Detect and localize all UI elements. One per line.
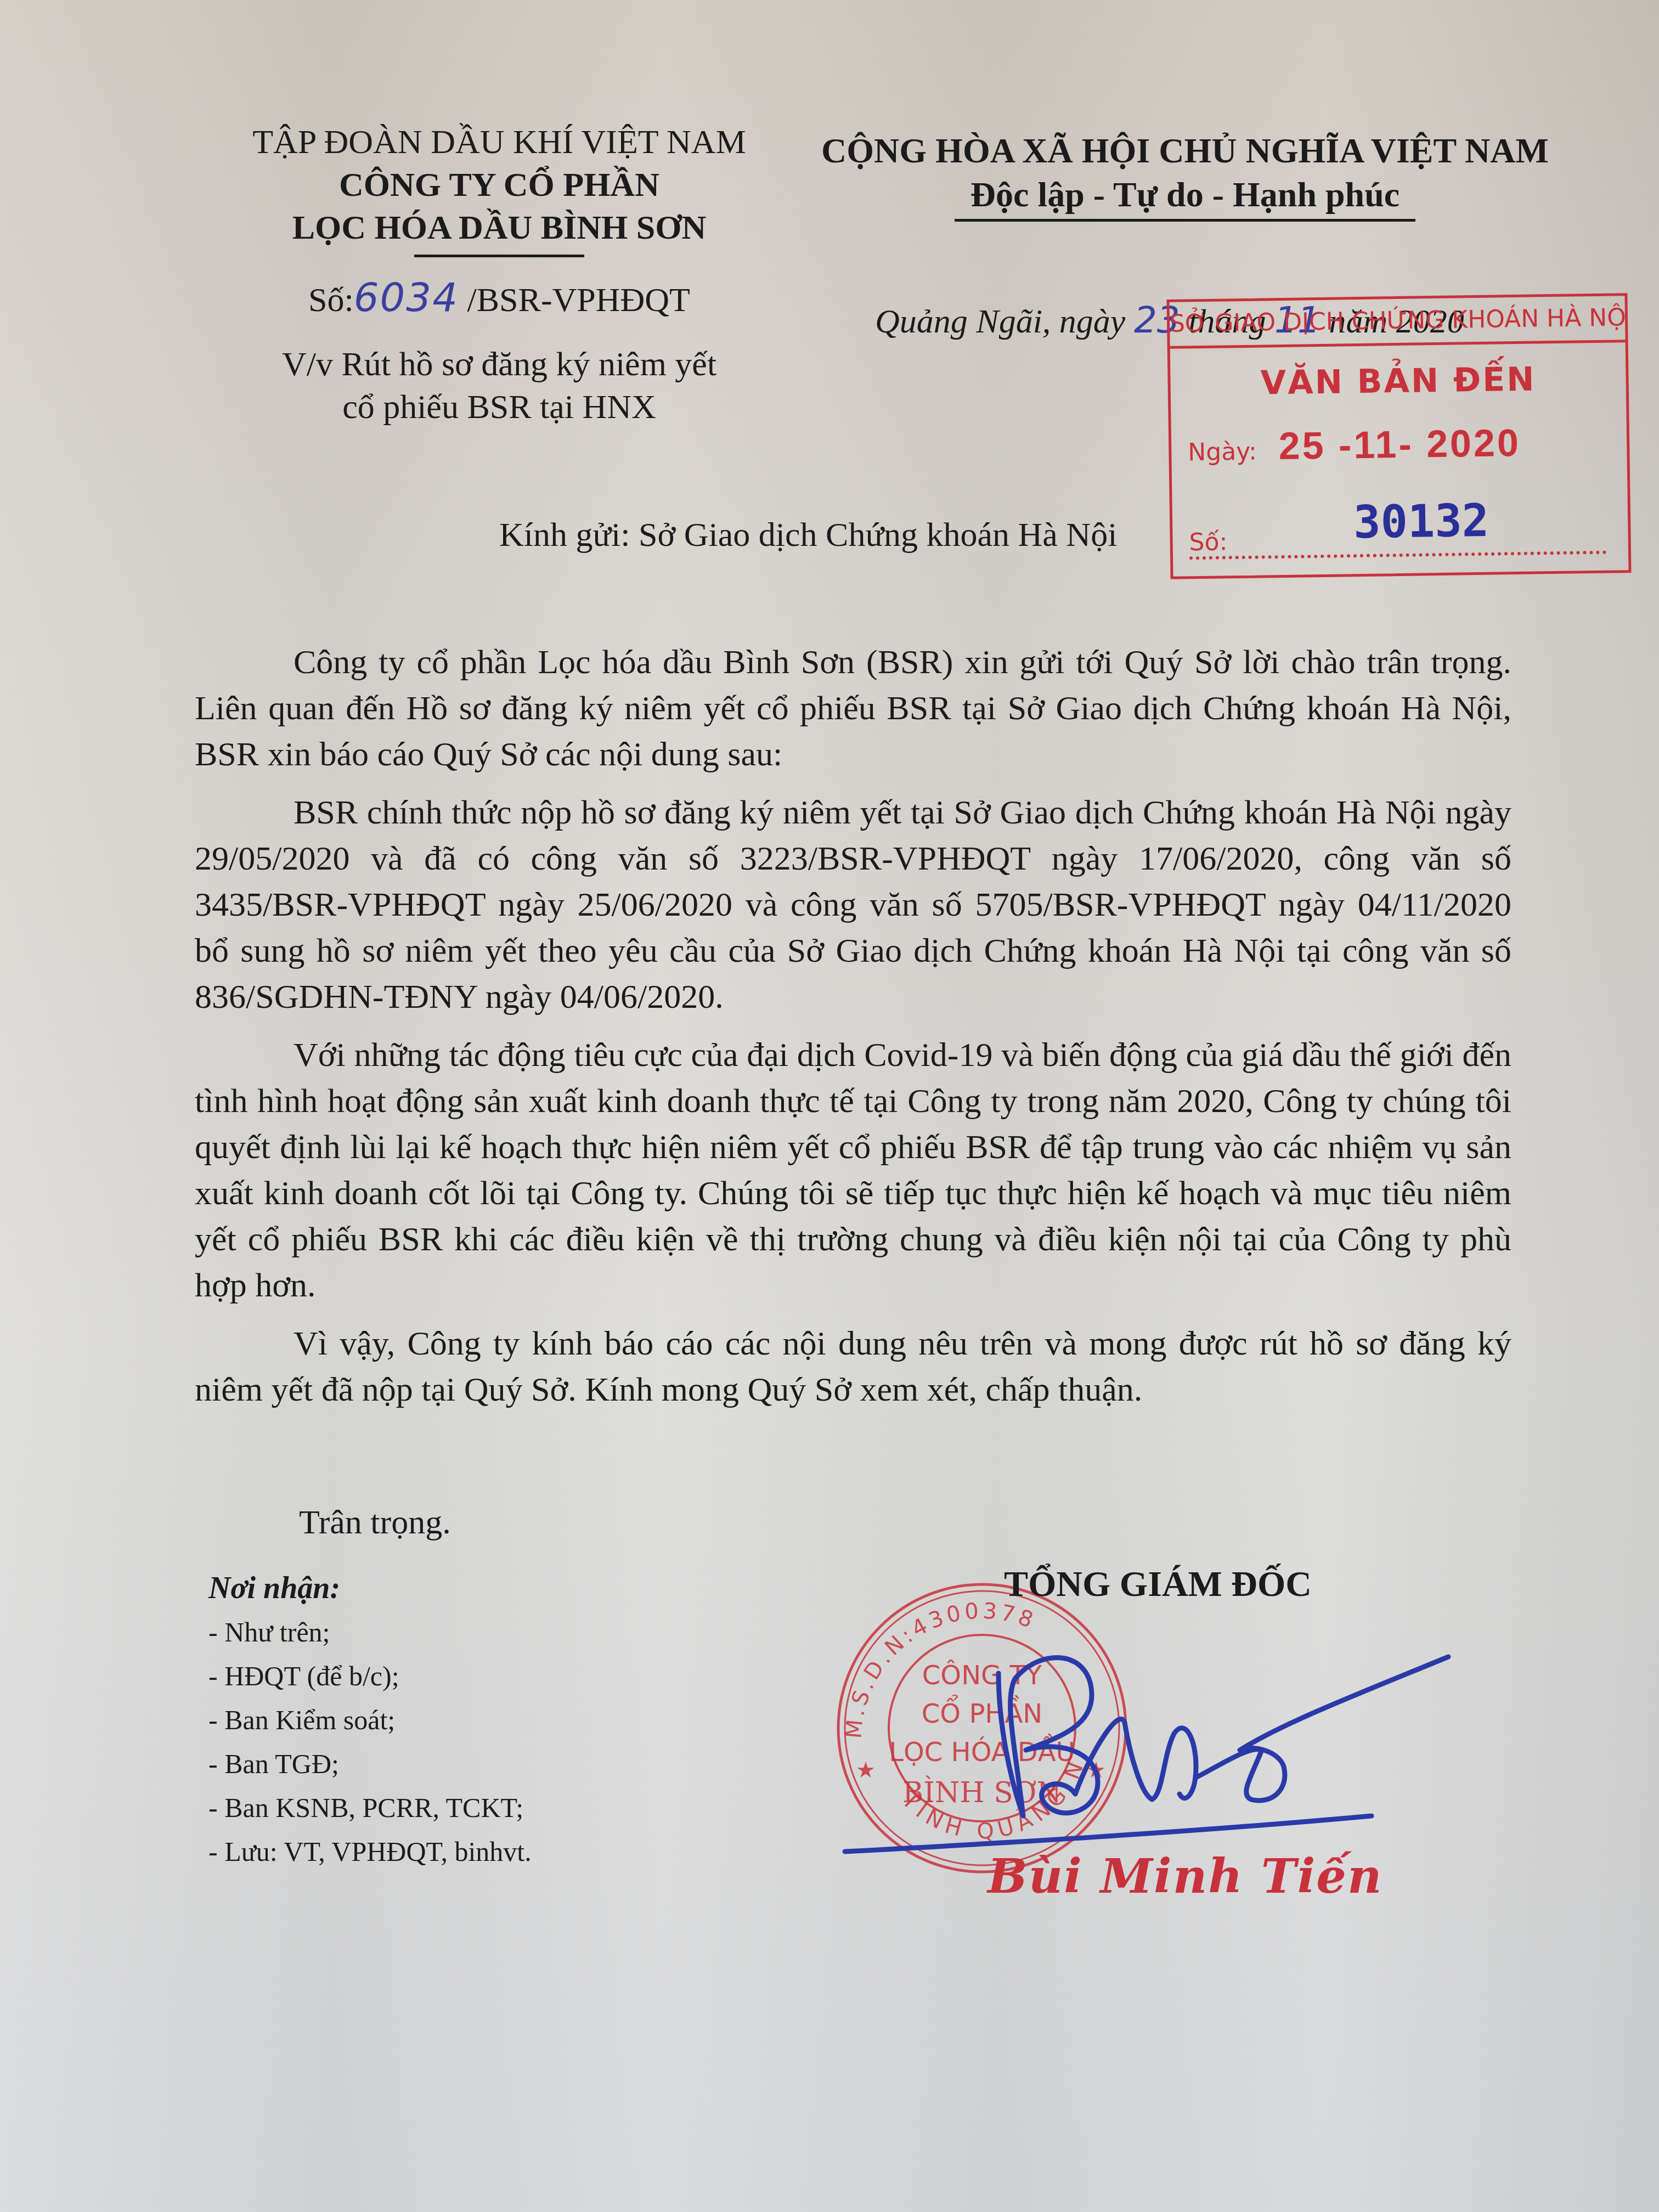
received-stamp: SỞ GIAO DỊCH CHỨNG KHOÁN HÀ NỘI VĂN BẢN … [1166,293,1631,579]
place-prefix: Quảng Ngãi, ngày [875,303,1134,340]
number-label: Số: [308,281,354,319]
cc-item: - Lưu: VT, VPHĐQT, binhvt. [208,1830,532,1874]
company-name-line1: CÔNG TY CỔ PHẦN [208,163,790,206]
recipient: Kính gửi: Sở Giao dịch Chứng khoán Hà Nộ… [499,516,1117,555]
header-divider [414,255,584,257]
stamp-number-value: 30132 [1353,495,1489,549]
signatory-title: TỔNG GIÁM ĐỐC [1004,1564,1312,1605]
closing: Trân trọng. [299,1503,451,1542]
body-paragraph: Công ty cổ phần Lọc hóa dầu Bình Sơn (BS… [195,639,1511,777]
signature-icon [834,1613,1465,1865]
motto-line1: CỘNG HÒA XÃ HỘI CHỦ NGHĨA VIỆT NAM [806,129,1564,173]
motto-line2: Độc lập - Tự do - Hạnh phúc [970,173,1400,217]
cc-heading: Nơi nhận: [208,1566,532,1610]
subject: V/v Rút hồ sơ đăng ký niêm yết cổ phiếu … [208,343,790,428]
issuer-header: TẬP ĐOÀN DẦU KHÍ VIỆT NAM CÔNG TY CỔ PHẦ… [208,121,790,257]
stamp-title: VĂN BẢN ĐẾN [1170,359,1626,404]
parent-org: TẬP ĐOÀN DẦU KHÍ VIỆT NAM [208,121,790,163]
body-paragraph: Vì vậy, Công ty kính báo cáo các nội dun… [195,1321,1511,1413]
cc-item: - Ban Kiểm soát; [208,1698,532,1742]
stamp-organization: SỞ GIAO DỊCH CHỨNG KHOÁN HÀ NỘI [1170,296,1626,349]
number-suffix: /BSR-VPHĐQT [459,281,690,319]
letter-body: Công ty cổ phần Lọc hóa dầu Bình Sơn (BS… [195,639,1511,1425]
handwritten-number: 6034 [354,274,459,320]
cc-list: Nơi nhận: - Như trên; - HĐQT (để b/c); -… [208,1566,532,1874]
stamp-date-value: 25 -11- 2020 [1278,421,1521,467]
body-paragraph: Với những tác động tiêu cực của đại dịch… [195,1032,1511,1308]
subject-line2: cổ phiếu BSR tại HNX [208,386,790,428]
stamp-date-row: Ngày:25 -11- 2020 [1171,419,1627,470]
stamp-number-row: Số: 30132 [1189,501,1606,560]
cc-item: - Ban KSNB, PCRR, TCKT; [208,1786,532,1830]
motto-underline [955,219,1415,222]
stamp-number-label: Số: [1189,528,1227,556]
signer-name: Bùi Minh Tiến [988,1849,1383,1904]
cc-item: - Như trên; [208,1610,532,1654]
subject-line1: V/v Rút hồ sơ đăng ký niêm yết [208,343,790,386]
national-motto: CỘNG HÒA XÃ HỘI CHỦ NGHĨA VIỆT NAM Độc l… [806,129,1564,222]
stamp-date-label: Ngày: [1188,438,1257,467]
body-paragraph: BSR chính thức nộp hồ sơ đăng ký niêm yế… [195,789,1511,1020]
cc-item: - HĐQT (để b/c); [208,1654,532,1698]
company-name-line2: LỌC HÓA DẦU BÌNH SƠN [208,206,790,249]
document-number: Số:6034 /BSR-VPHĐQT [208,274,790,320]
cc-item: - Ban TGĐ; [208,1742,532,1786]
